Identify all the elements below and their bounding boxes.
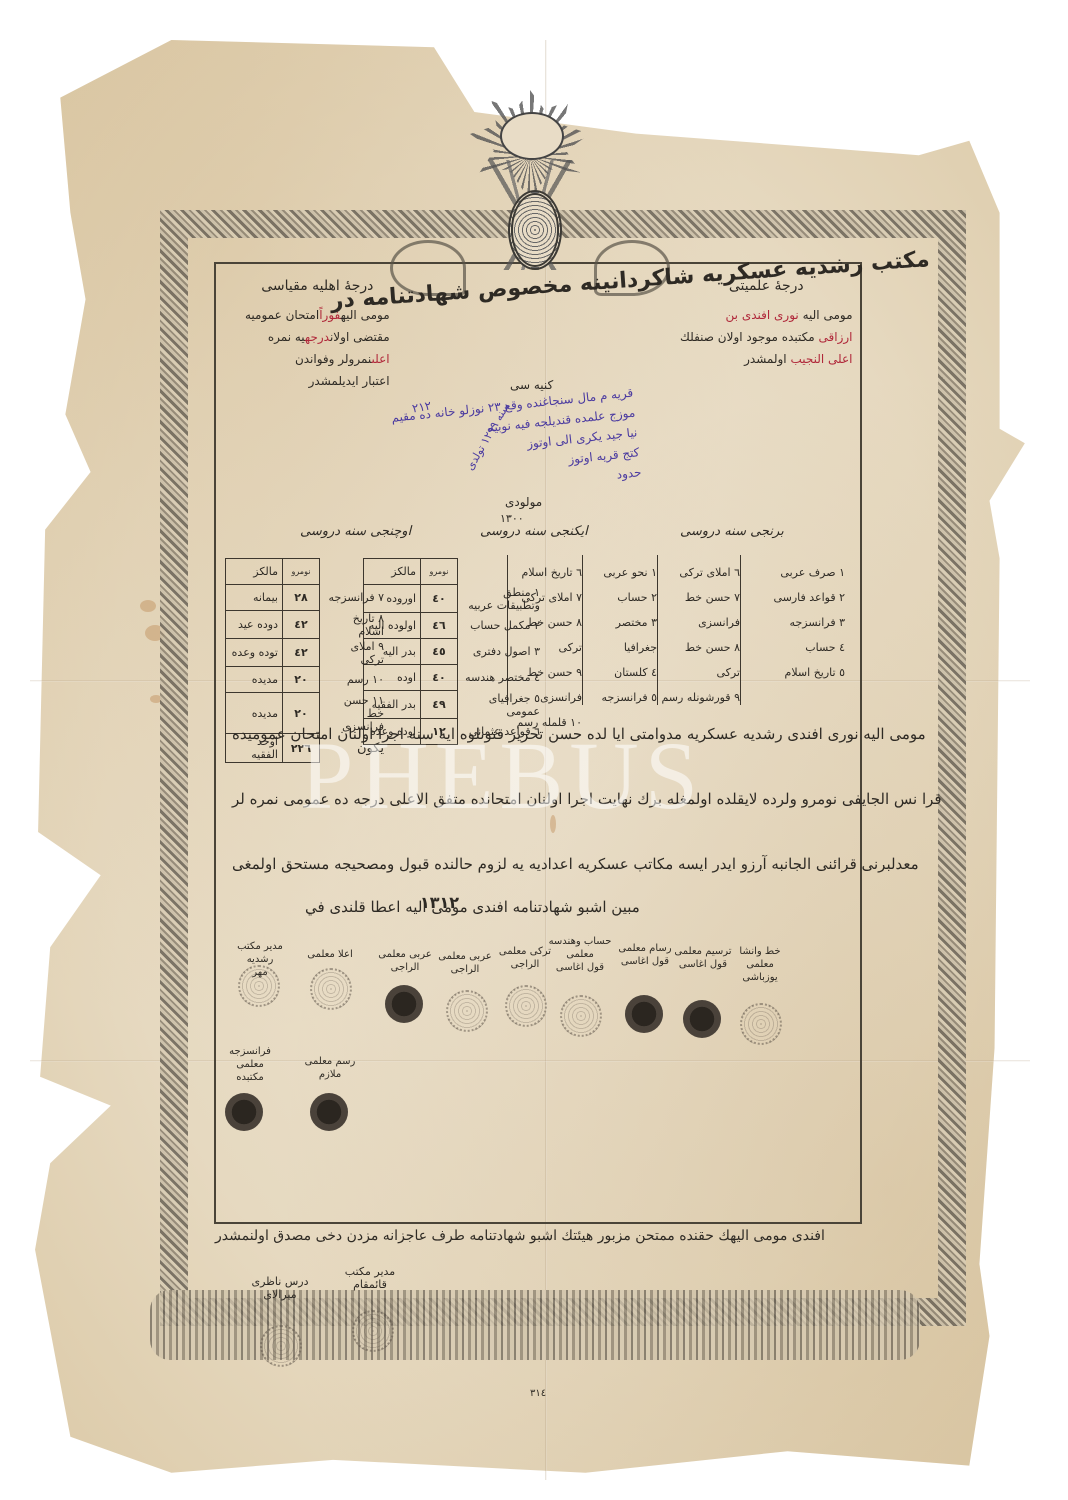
issue-date: ١٣١٢ bbox=[420, 893, 459, 912]
watermark: PHEBUS bbox=[300, 720, 704, 831]
third-year-title: اوچنجى سنه دروسى bbox=[300, 524, 411, 539]
print-number: ٣١٤ bbox=[530, 1388, 546, 1399]
signature: عربى معلمىالراجى bbox=[430, 950, 500, 976]
seal-stamp bbox=[238, 965, 280, 1007]
table-row: ٨ تاريخ اسلام٤٢دوده عيد bbox=[226, 611, 389, 639]
table-row: ٣ اصول دفترى٤٥بدر اليه bbox=[364, 639, 545, 665]
kunyesi-label: كنيه سى bbox=[510, 378, 553, 392]
signature: رسام معلمىقول اغاسى bbox=[610, 942, 680, 968]
header-right-heading: درجهٔ علميتى bbox=[680, 278, 853, 294]
signature: تركى معلمىالراجى bbox=[490, 945, 560, 971]
signature: عربى معلمىالراجى bbox=[370, 948, 440, 974]
mawludi-label: مولودى bbox=[505, 495, 542, 509]
seal-stamp bbox=[446, 990, 488, 1032]
header-left-line: مومى اليهفوراًامتحان عموميه bbox=[245, 308, 390, 322]
signature: اعلا معلمى bbox=[290, 948, 370, 961]
column-divider bbox=[582, 555, 583, 705]
first-year-title: برنجى سنه دروسى bbox=[680, 524, 784, 539]
seal-stamp bbox=[560, 995, 602, 1037]
header-right-line: مومى اليه نوری افندی بن bbox=[680, 308, 853, 322]
column-divider bbox=[740, 555, 741, 705]
seal-stamp bbox=[505, 985, 547, 1027]
first-year-col-right: ١ صرف عربى ٢ قواعد فارسى ٣ فرانسزجه ٤ حس… bbox=[745, 560, 845, 685]
table-row: ٢ مكمل حساب٤٦اولوده اليه bbox=[364, 613, 545, 639]
footer-text: افندى مومى اليهك حقنده ممتحن مزبور هيئتك… bbox=[215, 1228, 825, 1244]
header-left-heading: درجهٔ اهليه مقياسى bbox=[245, 278, 390, 294]
table-row: ٧ فرانسزجه٢٨بيمانه bbox=[226, 585, 389, 611]
table-header: نومرومالكز bbox=[364, 559, 545, 585]
footer-signature: درس ناظرىميرالاى bbox=[245, 1275, 315, 1301]
seal-stamp bbox=[310, 968, 352, 1010]
table-row: ١٠ رسم٢٠مديده bbox=[226, 667, 389, 693]
signature: فرانسزجه معلمىمكتبده bbox=[215, 1045, 285, 1084]
header-left-line: مقتضى اولاندرجهيه نمره bbox=[245, 330, 390, 344]
signature: رسم معلمىملازم bbox=[295, 1055, 365, 1081]
seal-stamp bbox=[683, 1000, 721, 1038]
seal-stamp bbox=[260, 1325, 302, 1367]
second-year-col-right: ١ نحو عربى ٢ حساب ٣ مختصر جغرافيا ٤ كلست… bbox=[585, 560, 657, 710]
shield-icon bbox=[508, 190, 562, 270]
header-left-line: اعلىنمرولر وفواندن bbox=[245, 352, 390, 366]
table-row: ١ منطق وتطبيقات عربيه٤٠اوروده bbox=[364, 585, 545, 613]
body-line-3: معدلبرنى قرائنى الجانبه آرزو ايدر ايسه م… bbox=[232, 855, 919, 873]
header-left-line: اعتبار ايديلمشدر bbox=[245, 374, 390, 388]
first-year-col-left: ٦ املاى تركى ٧ حسن خط فرانسزى ٨ حسن خط ت… bbox=[660, 560, 740, 710]
header-right: درجهٔ علميتى مومى اليه نوری افندی بن ارز… bbox=[680, 278, 853, 366]
table-header: نومرومالكز bbox=[226, 559, 389, 585]
seal-stamp bbox=[625, 995, 663, 1033]
body-line-4: مبين اشبو شهادتنامه افندى مومى اليه اعطا… bbox=[305, 898, 640, 916]
footer-signature: مدير مكتبقائمقام bbox=[335, 1265, 405, 1291]
seal-stamp bbox=[352, 1310, 394, 1352]
table-row: ٥ جغرافياى عمومى٤٩بدر الفقيه bbox=[364, 691, 545, 719]
column-divider bbox=[657, 555, 658, 705]
second-year-title: ايكنجى سنه دروسى bbox=[480, 524, 588, 539]
seal-stamp bbox=[310, 1093, 348, 1131]
header-right-line: ارزاقى مكتبده موجود اولان صنفلك bbox=[680, 330, 853, 344]
table-row: ٤ مختصر هندسه٤٠اوده bbox=[364, 665, 545, 691]
water-stain bbox=[140, 600, 156, 612]
third-year-table-a: نومرومالكز ١ منطق وتطبيقات عربيه٤٠اوروده… bbox=[363, 558, 544, 745]
tughra-icon bbox=[500, 112, 564, 160]
seal-stamp bbox=[385, 985, 423, 1023]
seal-stamp bbox=[225, 1093, 263, 1131]
header-left: درجهٔ اهليه مقياسى مومى اليهفوراًامتحان … bbox=[245, 278, 390, 388]
seal-stamp bbox=[740, 1003, 782, 1045]
table-row: ٩ املاى تركى٤٢توده وعده bbox=[226, 639, 389, 667]
header-right-line: اعلى النجيب اولمشدر bbox=[680, 352, 853, 366]
ottoman-coat-of-arms bbox=[430, 90, 630, 300]
